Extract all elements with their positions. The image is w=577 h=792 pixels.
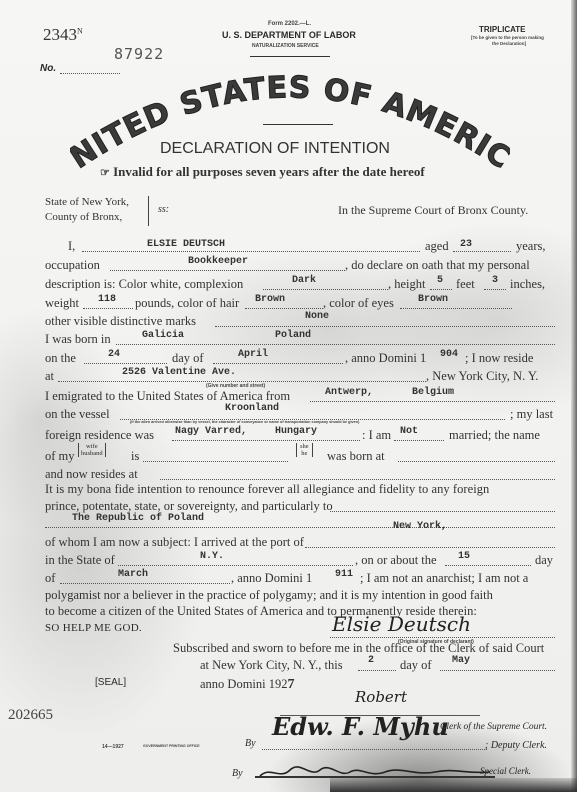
name-line — [82, 251, 420, 252]
marks-label: other visible distinctive marks — [45, 314, 196, 329]
sworn-day-line — [358, 670, 396, 671]
city-label: , New York City, N. Y. — [426, 369, 538, 384]
stamp-number: 2343N — [43, 25, 83, 45]
state-label: in the State of — [45, 553, 115, 568]
height-label: , height — [388, 277, 426, 292]
born-label: I was born in — [45, 332, 111, 347]
arrival-year: 911 — [335, 569, 353, 580]
by2-label: By — [232, 768, 243, 779]
married-status: Not — [400, 426, 418, 437]
at-city: at New York City, N. Y., this — [200, 658, 343, 673]
deputy-line — [262, 749, 487, 750]
husband-option: husband — [81, 450, 103, 457]
form-number: Form 2202.—L. — [268, 21, 311, 27]
seal: [SEAL] — [95, 677, 126, 688]
oath: SO HELP ME GOD. — [45, 622, 142, 634]
sovereign-line — [45, 527, 555, 528]
she-he-brace: she he — [296, 443, 313, 457]
copy-note-1: [To be given to the person making — [471, 35, 544, 40]
occupation-line — [110, 270, 345, 271]
no-label: No. — [40, 63, 56, 74]
arrival-day: 15 — [458, 551, 470, 562]
sworn-month-line — [440, 670, 555, 671]
stamp-number-value: 2343 — [43, 25, 77, 44]
renounce-line — [330, 511, 555, 512]
validity-note: ☞ Invalid for all purposes seven years a… — [100, 164, 425, 180]
validity-text: Invalid for all purposes seven years aft… — [113, 164, 425, 179]
birth-day: 24 — [108, 349, 120, 360]
declarant-name: ELSIE DEUTSCH — [147, 239, 225, 250]
age-line — [453, 251, 511, 252]
banner-rule — [263, 124, 333, 125]
emigrated-country: Belgium — [412, 387, 454, 398]
complexion-line — [263, 289, 388, 290]
arrival-state-line — [118, 565, 353, 566]
sovereign-value: The Republic of Poland — [72, 513, 204, 524]
complexion-value: Dark — [292, 275, 316, 286]
inches-line — [484, 289, 506, 290]
sworn-month: May — [452, 655, 470, 666]
arrival-state: N.Y. — [200, 551, 224, 562]
by-label: By — [245, 738, 256, 749]
polygamy-text: polygamist nor a believer in the practic… — [45, 588, 493, 603]
vessel-value: Kroonland — [225, 403, 279, 414]
height-inches: 3 — [492, 275, 498, 286]
declaration-document: 2343N 87922 No. Form 2202.—L. U. S. DEPA… — [0, 0, 577, 792]
eyes-label: , color of eyes — [323, 296, 394, 311]
pounds-label: pounds, color of hair — [135, 296, 239, 311]
born-line — [116, 344, 555, 345]
renounce-line-1: It is my bona fide intention to renounce… — [45, 482, 489, 497]
port-value: New York, — [393, 521, 447, 532]
emigrated-line — [310, 401, 555, 402]
county-line: County of Bronx, — [45, 211, 122, 223]
vessel-label: on the vessel — [45, 407, 110, 422]
clerk-signature: Robert — [355, 688, 407, 706]
ss-label: ss: — [158, 204, 169, 215]
inches-label: inches, — [510, 277, 545, 292]
spouse-residence-line — [160, 479, 555, 480]
venue-brace — [148, 196, 153, 226]
aged-label: aged — [425, 239, 449, 254]
stamp-suffix: N — [77, 26, 83, 35]
anarchist-text: ; I am not an anarchist; I am not a — [360, 571, 528, 586]
she-option: she — [300, 443, 309, 450]
anno-domini-text: anno Domini 192 — [200, 677, 288, 691]
renounce-line-2: prince, potentate, state, or sovereignty… — [45, 499, 333, 514]
birth-country: Poland — [275, 330, 311, 341]
at-label: at — [45, 369, 54, 384]
residence-line — [58, 381, 426, 382]
scan-edge — [571, 0, 577, 792]
married-line — [394, 440, 444, 441]
emigrated-city: Antwerp, — [325, 387, 373, 398]
birth-month-line — [213, 363, 343, 364]
scan-bottom-shadow — [330, 778, 577, 792]
of-my-label: of my — [45, 449, 75, 464]
of-label: of — [45, 571, 55, 586]
foreign-line — [172, 440, 360, 441]
birth-region: Galicia — [142, 330, 184, 341]
on-the-label: on the — [45, 351, 76, 366]
pointing-hand-icon: ☞ — [100, 167, 110, 179]
birth-month: April — [238, 349, 268, 360]
occupation-value: Bookkeeper — [188, 256, 248, 267]
emigrated-label: I emigrated to the United States of Amer… — [45, 389, 290, 404]
state-line: State of New York, — [45, 196, 129, 208]
sworn-text: Subscribed and sworn to before me in the… — [173, 641, 544, 656]
anno-domini-sworn: anno Domini 1927 — [200, 677, 295, 693]
my-last-label: ; my last — [510, 407, 553, 422]
copy-type: TRIPLICATE — [479, 25, 526, 34]
foreign-residence-label: foreign residence was — [45, 428, 154, 443]
clerk-title: Clerk of the Supreme Court. — [440, 722, 547, 732]
description-label: description is: Color white, complexion — [45, 277, 243, 292]
spouse-birthplace-line — [398, 461, 555, 462]
spouse-name-line — [143, 461, 288, 462]
anno-domini2-label: , anno Domini 1 — [231, 571, 312, 586]
signature-line — [330, 637, 555, 638]
weight-label: weight — [45, 296, 79, 311]
department: U. S. DEPARTMENT OF LABOR — [222, 30, 356, 40]
married-label: married; the name — [449, 428, 540, 443]
wife-option: wife — [81, 443, 103, 450]
declare-text: , do declare on oath that my personal — [345, 258, 530, 273]
foreign-city: Nagy Varred, — [175, 426, 247, 437]
declaration-heading: DECLARATION OF INTENTION — [160, 140, 390, 158]
wife-husband-brace: wife husband — [78, 443, 106, 457]
hair-line — [245, 308, 323, 309]
certificate-number: 202665 — [8, 707, 53, 724]
foreign-country: Hungary — [275, 426, 317, 437]
birth-day-line — [84, 363, 167, 364]
court-name: In the Supreme Court of Bronx County. — [338, 203, 528, 218]
special-title: Special Clerk. — [480, 766, 531, 776]
print-office: GOVERNMENT PRINTING OFFICE — [143, 744, 200, 748]
feet-label: feet — [456, 277, 475, 292]
subject-label: of whom I am now a subject: I arrived at… — [45, 535, 304, 550]
print-code: 14—1927 — [102, 744, 124, 750]
height-feet: 5 — [437, 275, 443, 286]
arrival-month: March — [118, 569, 148, 580]
now-resides-label: and now resides at — [45, 467, 138, 482]
years-label: years, — [516, 239, 546, 254]
service: NATURALIZATION SERVICE — [252, 43, 319, 49]
age-value: 23 — [460, 239, 472, 250]
eyes-line — [400, 308, 512, 309]
was-born-label: was born at — [327, 449, 385, 464]
he-option: he — [300, 450, 309, 457]
sworn-year-digit: 7 — [288, 677, 295, 692]
feet-line — [430, 289, 452, 290]
occupation-label: occupation — [45, 258, 100, 273]
vessel-hint: (If the alien arrived otherwise than by … — [130, 420, 359, 424]
deputy-signature: Edw. F. Myhu — [272, 712, 449, 741]
birth-year: 904 — [440, 349, 458, 360]
reside-label: ; I now reside — [465, 351, 533, 366]
day-label: day — [535, 553, 553, 568]
eyes-value: Brown — [418, 294, 448, 305]
arrival-month-line — [60, 583, 230, 584]
port-line — [305, 547, 555, 548]
hair-value: Brown — [255, 294, 285, 305]
day-of-label: day of — [172, 351, 204, 366]
declarant-signature: Elsie Deutsch — [332, 612, 471, 636]
special-signature — [255, 766, 495, 778]
marks-line — [215, 326, 555, 327]
weight-value: 118 — [98, 294, 116, 305]
day-of: day of — [400, 658, 432, 673]
i-am-label: : I am — [362, 428, 391, 443]
is-label: is — [131, 449, 139, 464]
anno-domini-label: , anno Domini 1 — [345, 351, 426, 366]
copy-note-2: the Declaration] — [492, 41, 526, 46]
weight-line — [83, 308, 133, 309]
sworn-day: 2 — [368, 655, 374, 666]
on-about-label: , on or about the — [355, 553, 437, 568]
pronoun: I, — [68, 239, 75, 254]
residence-value: 2526 Valentine Ave. — [122, 367, 236, 378]
header-rule — [250, 56, 330, 57]
marks-value: None — [305, 311, 329, 322]
deputy-title: ; Deputy Clerk. — [485, 740, 547, 751]
arrival-day-line — [445, 565, 531, 566]
